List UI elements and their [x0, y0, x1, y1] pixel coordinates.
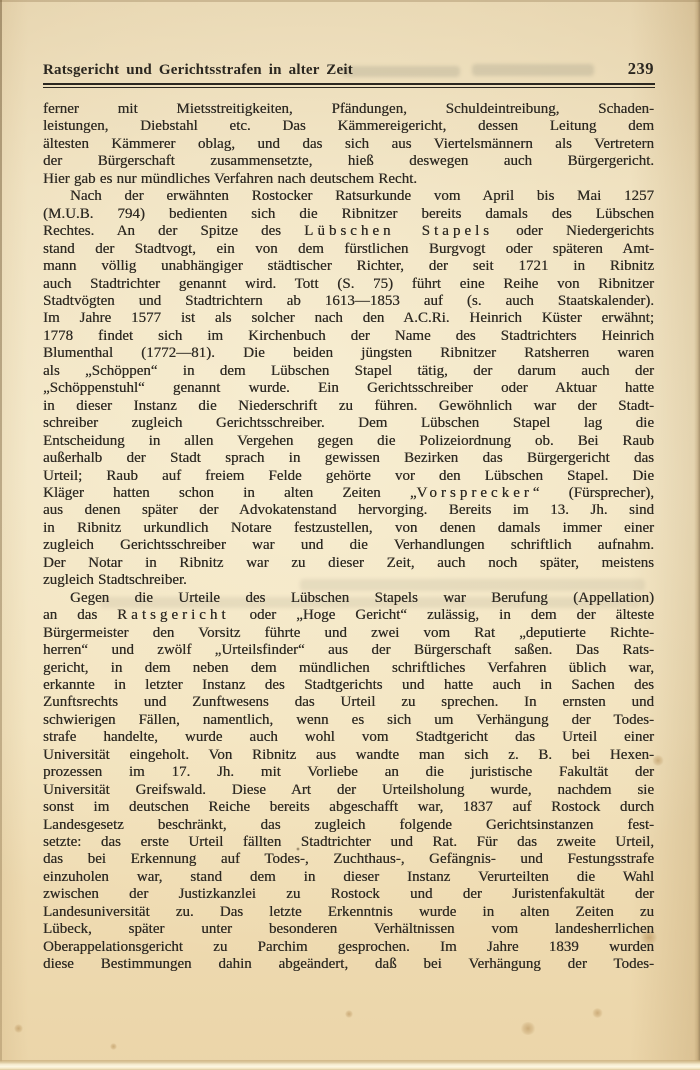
page-title: Ratsgericht und Gerichtsstrafen in alter…: [43, 62, 353, 79]
text-line: Blumenthal (1772—81). Die beiden jüngste…: [43, 345, 654, 362]
letter-spaced-text: Lübschen Stapels: [304, 223, 493, 239]
text-line: Der Notar in Ribnitz war zu dieser Zeit,…: [43, 555, 654, 572]
text-line: Landesgesetz beschränkt, das zugleich fo…: [43, 817, 654, 834]
paragraph: Gegen die Urteile des Lübschen Stapels w…: [43, 590, 654, 974]
text-line: Oberappelationsgericht zu Parchim gespro…: [43, 939, 654, 956]
foxing-spot: [592, 1008, 603, 1018]
book-page-scan: Ratsgericht und Gerichtsstrafen in alter…: [0, 0, 700, 1070]
foxing-spot: [520, 1022, 536, 1035]
text-line: schreiber zugleich Gerichtsschreiber. De…: [43, 415, 654, 432]
text-line: Urteil; Raub auf freiem Felde gehörte vo…: [43, 468, 654, 485]
text-line: Zunftsrechts und Zunftwesens das Urteil …: [43, 694, 654, 711]
text-line: Landesuniversität zu. Das letzte Erkennt…: [43, 904, 654, 921]
letter-spaced-text: Vorsprecker: [417, 485, 533, 501]
text-line: gericht, in dem neben dem mündlichen sch…: [43, 660, 654, 677]
text-line: Nach der erwähnten Rostocker Ratsurkunde…: [43, 188, 654, 205]
text-line: außerhalb der Stadt sprach in gewissen B…: [43, 450, 654, 467]
text-line: Im Jahre 1577 ist als solcher nach den A…: [43, 310, 654, 327]
text-line: als „Schöppen“ in dem Lübschen Stapel tä…: [43, 363, 654, 380]
body-text: ferner mit Mietsstreitigkeiten, Pfändung…: [43, 101, 654, 974]
text-line: 1778 findet sich im Kirchenbuch der Name…: [43, 328, 654, 345]
text-line: Stadtvögten und Stadtrichtern ab 1613—18…: [43, 293, 654, 310]
text-line: das bei Erkennung auf Todes-, Zuchthaus-…: [43, 851, 654, 868]
text-line: Kläger hatten schon in alten Zeiten „Vor…: [43, 485, 654, 502]
page-edge-top: [0, 0, 700, 2]
text-line: „Schöppenstuhl“ genannt wurde. Ein Geric…: [43, 380, 654, 397]
text-line: Bürgermeister den Vorsitz führte und zwe…: [43, 625, 654, 642]
text-line: einzuholen war, stand dem in dieser Inst…: [43, 869, 654, 886]
text-line: herren“ und zwölf „Urteilsfinder“ aus de…: [43, 642, 654, 659]
page-edge-bottom: [0, 1060, 700, 1070]
text-line: auch Stadtrichter genannt wird. Tott (S.…: [43, 276, 654, 293]
text-line: Lübeck, später unter besonderen Verhältn…: [43, 921, 654, 938]
text-line: prozessen im 17. Jh. mit Vorliebe an die…: [43, 764, 654, 781]
paragraph: ferner mit Mietsstreitigkeiten, Pfändung…: [43, 101, 654, 188]
page-edge-right: [694, 0, 700, 1070]
text-line: Entscheidung in allen Vergehen gegen die…: [43, 433, 654, 450]
text-line: setzte: das erste Urteil fällten Stadtri…: [43, 834, 654, 851]
text-line: stand der Stadtvogt, ein von dem fürstli…: [43, 241, 654, 258]
text-line: zwischen der Justizkanzlei zu Rostock un…: [43, 886, 654, 903]
header-rule: [43, 83, 655, 88]
text-line: leistungen, Diebstahl etc. Das Kämmereig…: [43, 118, 654, 135]
paragraph: Nach der erwähnten Rostocker Ratsurkunde…: [43, 188, 654, 589]
text-line: in Ribnitz urkundlich Notare festzustell…: [43, 520, 654, 537]
text-line: Hier gab es nur mündliches Verfahren nac…: [43, 171, 654, 188]
foxing-spot: [345, 1010, 353, 1018]
text-line: Rechtes. An der Spitze des Lübschen Stap…: [43, 223, 654, 240]
text-line: Universität Greifswald. Diese Art der Ur…: [43, 782, 654, 799]
page-edge-left: [0, 0, 2, 1070]
text-line: ältesten Kämmerer oblag, und das sich au…: [43, 136, 654, 153]
text-line: diese Bestimmungen dahin abgeändert, daß…: [43, 956, 654, 973]
text-line: (M.U.B. 794) bedienten sich die Ribnitze…: [43, 206, 654, 223]
text-line: schwierigen Fällen, namentlich, wenn es …: [43, 712, 654, 729]
text-line: mann völlig unabhängiger städtischer Ric…: [43, 258, 654, 275]
text-line: zugleich Gerichtsschreiber war und die V…: [43, 537, 654, 554]
foxing-spot: [110, 1043, 117, 1050]
foxing-spot: [14, 1024, 23, 1033]
running-head: Ratsgericht und Gerichtsstrafen in alter…: [43, 59, 654, 79]
text-line: zugleich Stadtschreiber.: [43, 572, 654, 589]
text-line: Gegen die Urteile des Lübschen Stapels w…: [43, 590, 654, 607]
text-line: an das Ratsgericht oder „Hoge Gericht“ z…: [43, 607, 654, 624]
text-line: ferner mit Mietsstreitigkeiten, Pfändung…: [43, 101, 654, 118]
letter-spaced-text: Ratsgericht: [117, 607, 229, 623]
text-line: in dieser Instanz die Niederschrift zu f…: [43, 398, 654, 415]
page-number: 239: [628, 59, 654, 79]
text-line: sonst im deutschen Reiche bereits abgesc…: [43, 799, 654, 816]
text-line: Universität eingeholt. Von Ribnitz aus w…: [43, 747, 654, 764]
text-line: aus denen später der Advokatenstand herv…: [43, 502, 654, 519]
text-line: erkannte in letzter Instanz des Stadtger…: [43, 677, 654, 694]
text-line: der Bürgerschaft zusammensetzte, hieß de…: [43, 153, 654, 170]
text-line: strafe handelte, wurde auch wohl vom Sta…: [43, 729, 654, 746]
